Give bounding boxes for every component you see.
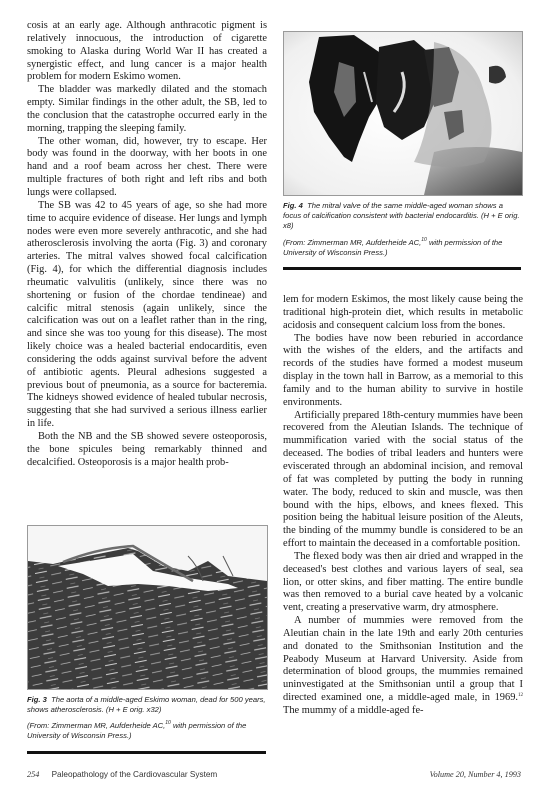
right-text-column: lem for modern Eskimos, the most likely … bbox=[283, 294, 523, 718]
figure-3-image bbox=[27, 525, 268, 690]
page-number: 254 bbox=[27, 770, 39, 779]
figure-4-credit: (From: Zimmerman MR, Aufderheide AC,10 w… bbox=[283, 238, 523, 258]
credit-text: (From: Zimmerman MR, Aufderheide AC, bbox=[27, 721, 165, 730]
paragraph: The bodies have now been reburied in acc… bbox=[283, 333, 523, 410]
figure-4-image bbox=[283, 31, 523, 196]
page-footer-left: 254 Paleopathology of the Cardiovascular… bbox=[27, 770, 217, 779]
paragraph: cosis at an early age. Although anthraco… bbox=[27, 20, 267, 84]
paragraph: A number of mummies were removed from th… bbox=[283, 615, 523, 718]
paragraph: lem for modern Eskimos, the most likely … bbox=[283, 294, 523, 333]
volume-info: Volume 20, Number 4, 1993 bbox=[430, 770, 521, 779]
paragraph: Artificially prepared 18th-century mummi… bbox=[283, 410, 523, 551]
paragraph: The flexed body was then air dried and w… bbox=[283, 551, 523, 615]
paragraph-text: The mummy of a middle-aged fe- bbox=[283, 705, 424, 716]
figure-4-caption: Fig. 4 The mitral valve of the same midd… bbox=[283, 201, 521, 231]
figure-3-caption-text: The aorta of a middle-aged Eskimo woman,… bbox=[27, 695, 266, 714]
figure-4-caption-text: The mitral valve of the same middle-aged… bbox=[283, 201, 520, 230]
paragraph: The bladder was markedly dilated and the… bbox=[27, 84, 267, 135]
figure-4-rule bbox=[283, 267, 521, 270]
figure-3-credit: (From: Zimmerman MR, Aufderheide AC,10 w… bbox=[27, 721, 267, 741]
figure-3-caption: Fig. 3 The aorta of a middle-aged Eskimo… bbox=[27, 695, 266, 715]
figure-3-label: Fig. 3 bbox=[27, 695, 47, 704]
paragraph: Both the NB and the SB showed severe ost… bbox=[27, 431, 267, 470]
paragraph-text: A number of mummies were removed from th… bbox=[283, 615, 523, 703]
figure-4-label: Fig. 4 bbox=[283, 201, 303, 210]
paragraph: The other woman, did, however, try to es… bbox=[27, 136, 267, 200]
mitral-valve-micrograph-icon bbox=[284, 32, 522, 195]
running-title: Paleopathology of the Cardiovascular Sys… bbox=[52, 770, 218, 779]
paragraph: The SB was 42 to 45 years of age, so she… bbox=[27, 200, 267, 431]
figure-3-rule bbox=[27, 751, 266, 754]
left-text-column: cosis at an early age. Although anthraco… bbox=[27, 20, 267, 470]
credit-text: (From: Zimmerman MR, Aufderheide AC, bbox=[283, 238, 421, 247]
aorta-micrograph-icon bbox=[28, 526, 267, 689]
reference-number: 12 bbox=[518, 693, 523, 698]
